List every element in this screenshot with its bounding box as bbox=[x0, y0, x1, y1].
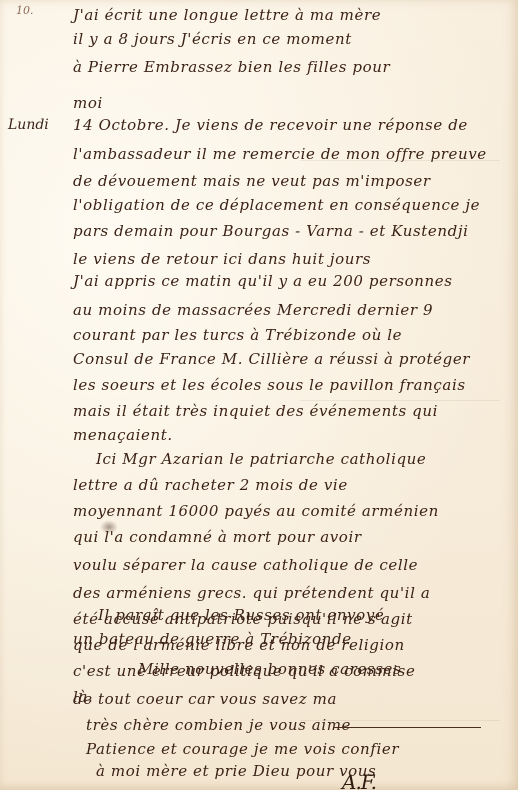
handwritten-line: de tout coeur car vous savez ma bbox=[73, 690, 337, 708]
handwritten-line: un bateau de guerre à Trébizonde bbox=[73, 630, 352, 648]
handwritten-line: l'obligation de ce déplacement en conséq… bbox=[73, 196, 480, 214]
ink-smudge bbox=[100, 520, 118, 534]
underline-stroke bbox=[333, 727, 481, 728]
handwritten-line: Patience et courage je me vois confier bbox=[86, 740, 399, 758]
handwritten-line: Consul de France M. Cillière a réussi à … bbox=[73, 350, 470, 368]
handwritten-line: J'ai appris ce matin qu'il y a eu 200 pe… bbox=[73, 272, 453, 290]
handwritten-line: il y a 8 jours J'écris en ce moment bbox=[73, 30, 352, 48]
handwritten-line: l'ambassadeur il me remercie de mon offr… bbox=[73, 145, 487, 163]
handwritten-line: très chère combien je vous aime bbox=[86, 716, 351, 734]
handwritten-line: Mille nouvelles bonnes caresses bbox=[138, 660, 401, 678]
margin-date-note: Lundi bbox=[8, 117, 49, 133]
handwritten-line: courant par les turcs à Trébizonde où le bbox=[73, 326, 402, 344]
handwritten-line: lettre a dû racheter 2 mois de vie bbox=[73, 476, 348, 494]
scan-border bbox=[0, 790, 518, 800]
handwritten-line: à Pierre Embrassez bien les filles pour bbox=[73, 58, 390, 76]
letter-page: 10. Lundi J'ai écrit une longue lettre à… bbox=[0, 0, 518, 790]
handwritten-line: à moi mère et prie Dieu pour vous bbox=[96, 762, 376, 780]
handwritten-line: mais il était très inquiet des événement… bbox=[73, 402, 438, 420]
handwritten-line: Ici Mgr Azarian le patriarche catholique bbox=[96, 450, 426, 468]
handwritten-line: pars demain pour Bourgas - Varna - et Ku… bbox=[73, 222, 469, 240]
handwritten-line: J'ai écrit une longue lettre à ma mère bbox=[73, 6, 381, 24]
handwritten-line: des arméniens grecs. qui prétendent qu'i… bbox=[73, 584, 430, 602]
handwritten-line: les soeurs et les écoles sous le pavillo… bbox=[73, 376, 466, 394]
handwritten-line: 14 Octobre. Je viens de recevoir une rép… bbox=[73, 116, 468, 134]
handwritten-line: voulu séparer la cause catholique de cel… bbox=[73, 556, 418, 574]
handwritten-line: au moins de massacrées Mercredi dernier … bbox=[73, 301, 433, 319]
handwritten-line: Il paraît que les Russes ont envoyé bbox=[98, 606, 384, 624]
page-number: 10. bbox=[16, 4, 34, 17]
handwritten-line: moi bbox=[73, 94, 103, 112]
handwritten-line: moyennant 16000 payés au comité arménien bbox=[73, 502, 439, 520]
handwritten-line: de dévouement mais ne veut pas m'imposer bbox=[73, 172, 431, 190]
handwritten-line: le viens de retour ici dans huit jours bbox=[73, 250, 371, 268]
handwritten-line: menaçaient. bbox=[73, 426, 173, 444]
